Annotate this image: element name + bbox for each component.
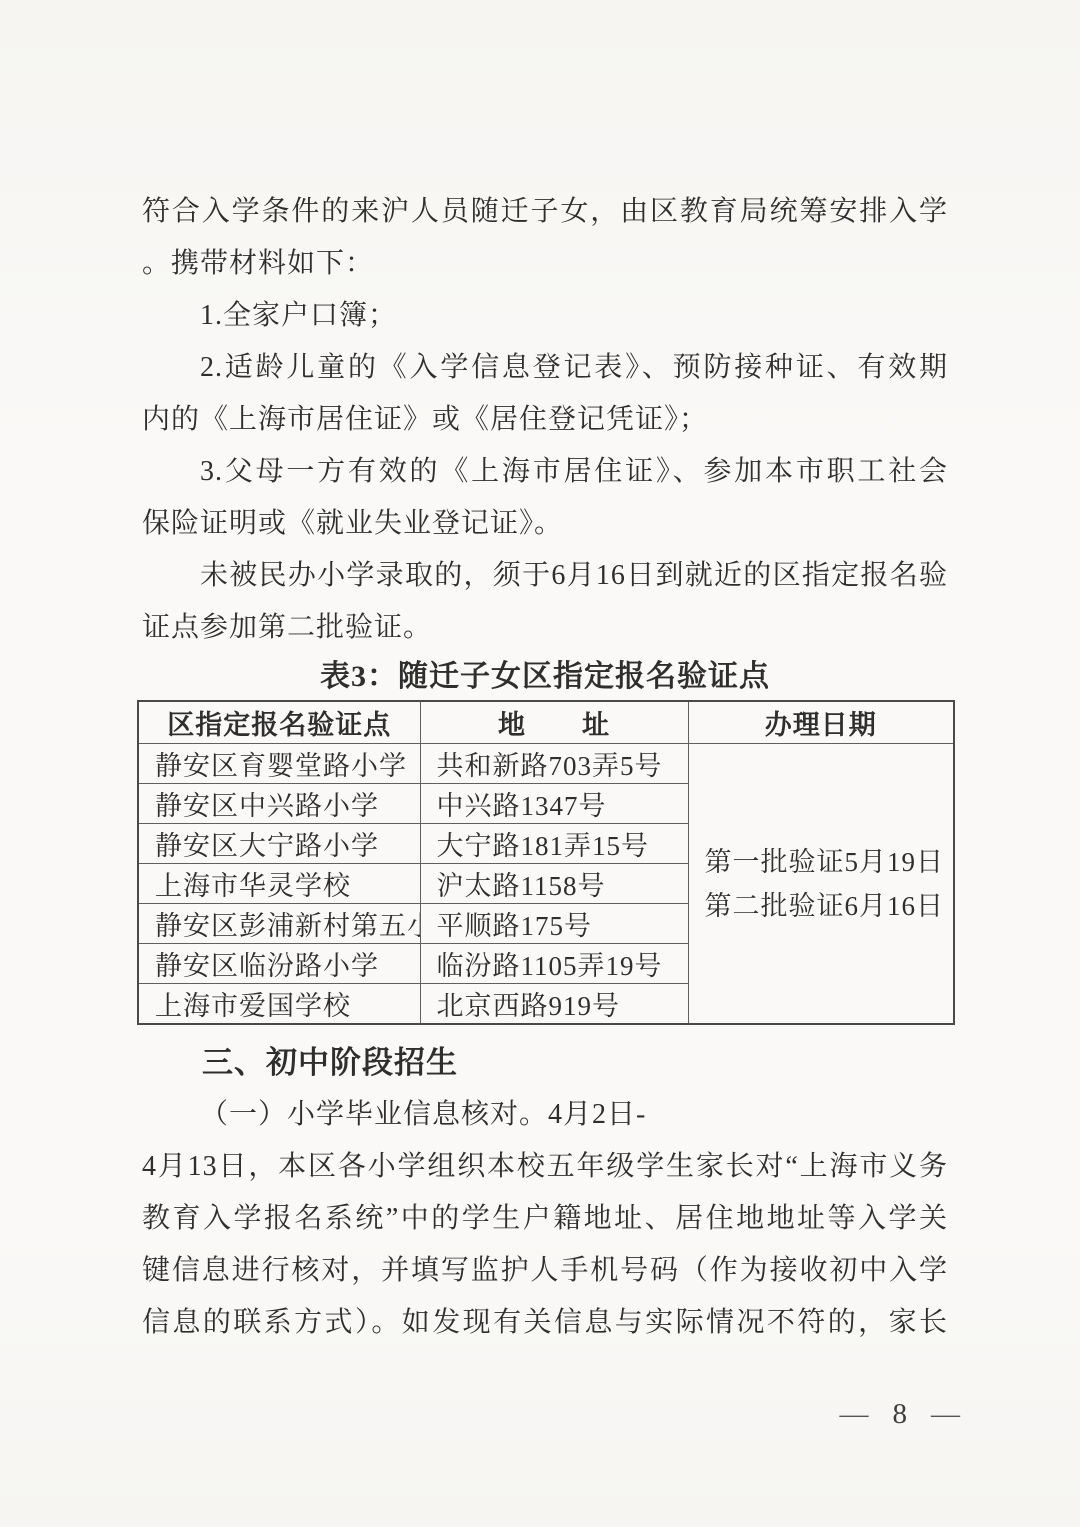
text-line: 未被民办小学录取的，须于6月16日到就近的区指定报名验 — [142, 550, 948, 602]
text-line: 教育入学报名系统”中的学生户籍地址、居住地地址等入学关 — [142, 1193, 948, 1245]
site-cell: 静安区大宁路小学 — [138, 824, 420, 864]
page-footer: — 8 — — [840, 1398, 961, 1431]
header-cell-site: 区指定报名验证点 — [138, 701, 420, 744]
site-cell: 静安区临汾路小学 — [138, 944, 420, 984]
subsection-1-lead: （一）小学毕业信息核对。4月2日- — [142, 1089, 948, 1141]
address-cell: 共和新路703弄5号 — [420, 744, 688, 784]
verification-sites-table: 区指定报名验证点 地 址 办理日期 静安区育婴堂路小学 共和新路703弄5号 第… — [137, 700, 955, 1025]
date-batch-2: 第二批验证6月16日 — [705, 884, 950, 928]
table-row: 静安区育婴堂路小学 共和新路703弄5号 第一批验证5月19日 第二批验证6月1… — [138, 744, 954, 784]
address-cell: 临汾路1105弄19号 — [420, 944, 688, 984]
address-cell: 平顺路175号 — [420, 904, 688, 944]
document-page: 符合入学条件的来沪人员随迁子女，由区教育局统筹安排入学 。携带材料如下： 1.全… — [0, 0, 1080, 1527]
list-item-3-line-1: 3.父母一方有效的《上海市居住证》、参加本市职工社会 — [142, 446, 948, 498]
address-cell: 中兴路1347号 — [420, 784, 688, 824]
text-line: 信息的联系方式）。如发现有关信息与实际情况不符的，家长 — [142, 1297, 948, 1349]
list-item-2-line-1: 2.适龄儿童的《入学信息登记表》、预防接种证、有效期 — [142, 342, 948, 394]
header-cell-address: 地 址 — [420, 701, 688, 744]
page-number: 8 — [893, 1398, 908, 1431]
text-line: 。携带材料如下： — [142, 238, 948, 290]
footer-dash-left: — — [840, 1398, 869, 1431]
address-cell: 大宁路181弄15号 — [420, 824, 688, 864]
site-cell: 静安区育婴堂路小学 — [138, 744, 420, 784]
header-cell-date: 办理日期 — [688, 701, 954, 744]
list-item-1: 1.全家户口簿； — [142, 290, 948, 342]
text-line: 证点参加第二批验证。 — [142, 602, 948, 654]
text-line: 键信息进行核对，并填写监护人手机号码（作为接收初中入学 — [142, 1245, 948, 1297]
address-cell: 沪太路1158号 — [420, 864, 688, 904]
site-cell: 上海市爱国学校 — [138, 984, 420, 1025]
address-cell: 北京西路919号 — [420, 984, 688, 1025]
site-cell: 静安区中兴路小学 — [138, 784, 420, 824]
site-cell: 上海市华灵学校 — [138, 864, 420, 904]
text-line: 4月13日，本区各小学组织本校五年级学生家长对“上海市义务 — [142, 1141, 948, 1193]
date-batch-1: 第一批验证5月19日 — [705, 840, 950, 884]
table-3-title: 表3：随迁子女区指定报名验证点 — [142, 654, 948, 700]
text-line: 符合入学条件的来沪人员随迁子女，由区教育局统筹安排入学 — [142, 186, 948, 238]
footer-dash-right: — — [931, 1398, 960, 1431]
table-header-row: 区指定报名验证点 地 址 办理日期 — [138, 701, 954, 744]
list-item-2-line-2: 内的《上海市居住证》或《居住登记凭证》； — [142, 394, 948, 446]
content-area: 符合入学条件的来沪人员随迁子女，由区教育局统筹安排入学 。携带材料如下： 1.全… — [142, 186, 948, 1349]
date-merged-cell: 第一批验证5月19日 第二批验证6月16日 — [688, 744, 954, 1025]
site-cell: 静安区彭浦新村第五小学 — [138, 904, 420, 944]
list-item-3-line-2: 保险证明或《就业失业登记证》。 — [142, 498, 948, 550]
section-3-heading: 三、初中阶段招生 — [142, 1037, 948, 1089]
